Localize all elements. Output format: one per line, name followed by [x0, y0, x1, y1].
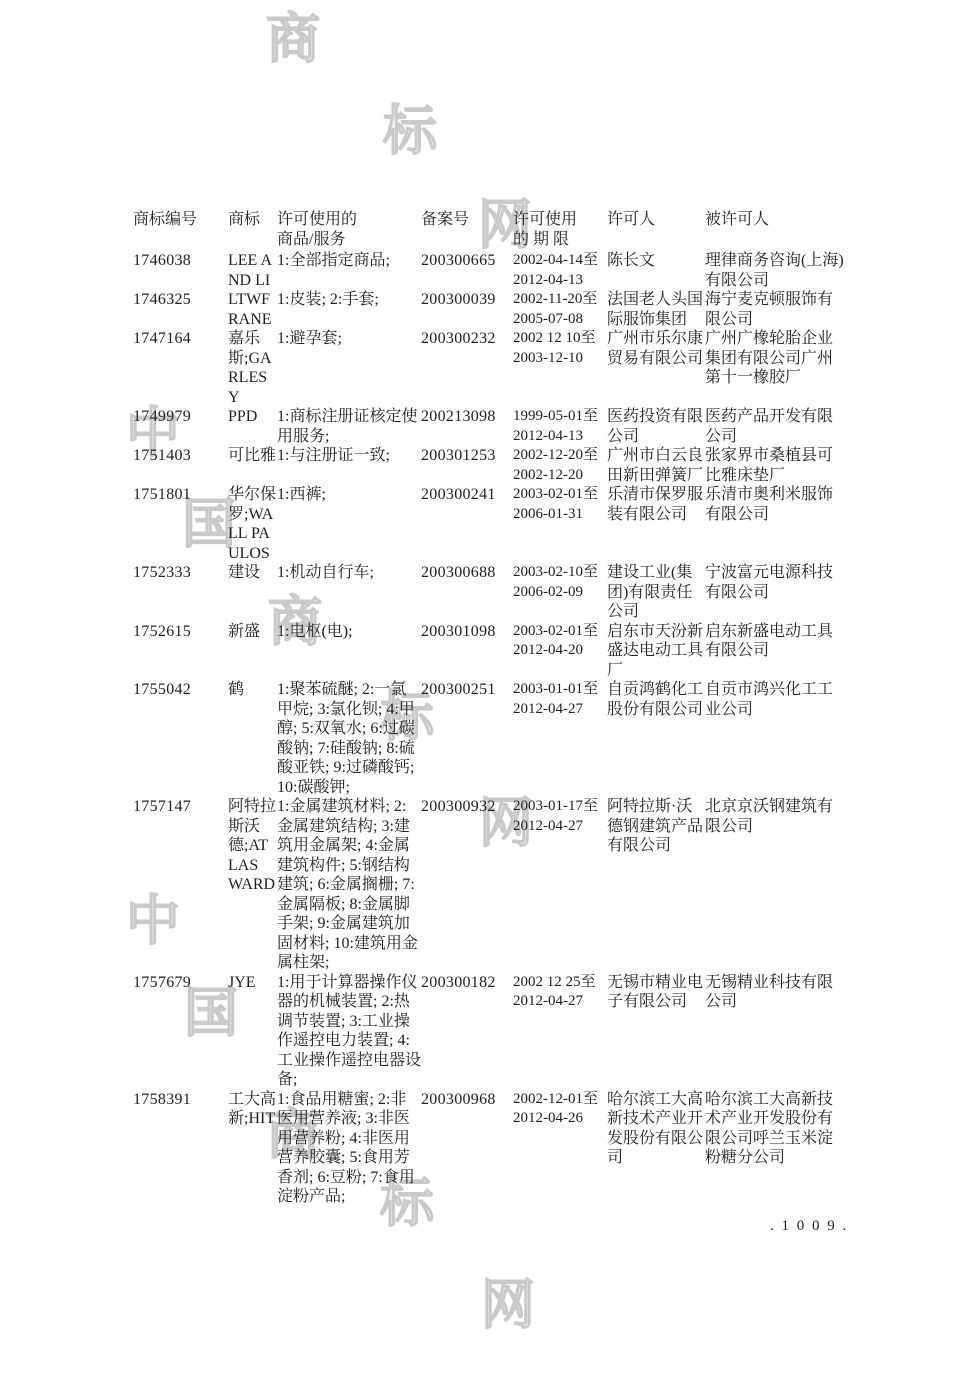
licensed-goods-cell: 1:机动自行车; [277, 563, 421, 622]
table-header-row: 商标编号商标许可使用的 商品/服务备案号许可使用 的 期 限许可人被许可人 [133, 210, 845, 251]
license-period-cell: 2002 12 25至 2012-04-27 [513, 973, 607, 1090]
licensee-cell: 广州广橡轮胎企业集团有限公司广州第十一橡胶厂 [705, 329, 845, 407]
page-number: . 1 0 0 9 . [770, 1218, 848, 1235]
trademark-cell: 建设 [228, 563, 277, 622]
record-number-cell: 200300665 [421, 251, 513, 290]
license-period-cell: 2003-02-01至 2006-01-31 [513, 485, 607, 563]
licensor-cell: 建设工业(集团)有限责任公司 [607, 563, 705, 622]
license-period-cell: 2002-12-20至 2002-12-20 [513, 446, 607, 485]
licensee-cell: 启东新盛电动工具有限公司 [705, 622, 845, 681]
record-number-cell: 200300932 [421, 797, 513, 973]
table-row: 1746325LTWFRANE1:皮装; 2:手套;2003000392002-… [133, 290, 845, 329]
trademark-cell: 可比雅 [228, 446, 277, 485]
licensed-goods-cell: 1:聚苯硫醚; 2:一氯甲烷; 3:氯化钡; 4:甲醇; 5:双氧水; 6:过碳… [277, 680, 421, 797]
licensee-cell: 乐清市奥利米服饰有限公司 [705, 485, 845, 563]
license-period-cell: 2003-02-10至 2006-02-09 [513, 563, 607, 622]
licensee-cell: 宁波富元电源科技有限公司 [705, 563, 845, 622]
record-number-cell: 200300232 [421, 329, 513, 407]
licensed-goods-cell: 1:皮装; 2:手套; [277, 290, 421, 329]
license-period-cell: 2002-12-01至 2012-04-26 [513, 1090, 607, 1207]
trademark-number-cell: 1751801 [133, 485, 228, 563]
table-row: 1757147阿特拉斯沃德;ATLAS WARD1:金属建筑材料; 2:金属建筑… [133, 797, 845, 973]
trademark-number-cell: 1755042 [133, 680, 228, 797]
record-number-cell: 200300688 [421, 563, 513, 622]
license-period-cell: 2002 12 10至 2003-12-10 [513, 329, 607, 407]
licensed-goods-cell: 1:金属建筑材料; 2:金属建筑结构; 3:建筑用金属架; 4:金属建筑构件; … [277, 797, 421, 973]
trademark-cell: PPD [228, 407, 277, 446]
licensee-cell: 医药产品开发有限公司 [705, 407, 845, 446]
license-records-table: 商标编号商标许可使用的 商品/服务备案号许可使用 的 期 限许可人被许可人 17… [133, 210, 845, 1207]
trademark-number-cell: 1749979 [133, 407, 228, 446]
licensed-goods-cell: 1:与注册证一致; [277, 446, 421, 485]
record-number-cell: 200300039 [421, 290, 513, 329]
table-row: 1746038LEE AND LI1:全部指定商品;2003006652002-… [133, 251, 845, 290]
trademark-cell: LEE AND LI [228, 251, 277, 290]
watermark-glyph: 网 [481, 1278, 535, 1332]
license-period-cell: 2003-01-01至 2012-04-27 [513, 680, 607, 797]
licensor-cell: 广州市白云良田新田弹簧厂 [607, 446, 705, 485]
column-header-record-number: 备案号 [421, 210, 513, 251]
trademark-number-cell: 1747164 [133, 329, 228, 407]
licensee-cell: 哈尔滨工大高新技术产业开发股份有限公司呼兰玉米淀粉糖分公司 [705, 1090, 845, 1207]
licensor-cell: 广州市乐尔康贸易有限公司 [607, 329, 705, 407]
table-row: 1752333建设1:机动自行车;2003006882003-02-10至 20… [133, 563, 845, 622]
trademark-number-cell: 1757147 [133, 797, 228, 973]
record-number-cell: 200300182 [421, 973, 513, 1090]
table-row: 1747164嘉乐斯;GARLESY1:避孕套;2003002322002 12… [133, 329, 845, 407]
trademark-number-cell: 1752615 [133, 622, 228, 681]
table-body: 1746038LEE AND LI1:全部指定商品;2003006652002-… [133, 251, 845, 1207]
watermark-glyph: 标 [383, 104, 437, 158]
record-number-cell: 200300241 [421, 485, 513, 563]
trademark-cell: 工大高新;HIT [228, 1090, 277, 1207]
licensor-cell: 启东市天汾新盛达电动工具厂 [607, 622, 705, 681]
licensee-cell: 无锡精业科技有限公司 [705, 973, 845, 1090]
table-row: 1751801华尔保罗;WALL PAULOS1:西裤;200300241200… [133, 485, 845, 563]
licensor-cell: 哈尔滨工大高新技术产业开发股份有限公司 [607, 1090, 705, 1207]
trademark-number-cell: 1757679 [133, 973, 228, 1090]
trademark-number-cell: 1751403 [133, 446, 228, 485]
licensor-cell: 法国老人头国际服饰集团 [607, 290, 705, 329]
watermark-glyph: 商 [266, 12, 320, 66]
trademark-cell: LTWFRANE [228, 290, 277, 329]
licensed-goods-cell: 1:西裤; [277, 485, 421, 563]
table-row: 1755042鹤1:聚苯硫醚; 2:一氯甲烷; 3:氯化钡; 4:甲醇; 5:双… [133, 680, 845, 797]
licensee-cell: 理律商务咨询(上海)有限公司 [705, 251, 845, 290]
license-period-cell: 2003-02-01至 2012-04-20 [513, 622, 607, 681]
column-header-licensee: 被许可人 [705, 210, 845, 251]
license-period-cell: 2002-11-20至 2005-07-08 [513, 290, 607, 329]
license-period-cell: 2002-04-14至 2012-04-13 [513, 251, 607, 290]
trademark-cell: 阿特拉斯沃德;ATLAS WARD [228, 797, 277, 973]
licensed-goods-cell: 1:商标注册证核定使用服务; [277, 407, 421, 446]
licensed-goods-cell: 1:食品用糖蜜; 2:非医用营养液; 3:非医用营养粉; 4:非医用营养胶囊; … [277, 1090, 421, 1207]
licensee-cell: 海宁麦克顿服饰有限公司 [705, 290, 845, 329]
table-row: 1758391工大高新;HIT1:食品用糖蜜; 2:非医用营养液; 3:非医用营… [133, 1090, 845, 1207]
trademark-cell: 华尔保罗;WALL PAULOS [228, 485, 277, 563]
table-row: 1752615新盛1:电枢(电);2003010982003-02-01至 20… [133, 622, 845, 681]
trademark-cell: 新盛 [228, 622, 277, 681]
licensor-cell: 阿特拉斯·沃德钢建筑产品有限公司 [607, 797, 705, 973]
record-number-cell: 200300968 [421, 1090, 513, 1207]
license-period-cell: 2003-01-17至 2012-04-27 [513, 797, 607, 973]
column-header-licensed-goods: 许可使用的 商品/服务 [277, 210, 421, 251]
licensed-goods-cell: 1:用于计算器操作仪器的机械装置; 2:热调节装置; 3:工业操作遥控电力装置;… [277, 973, 421, 1090]
licensed-goods-cell: 1:避孕套; [277, 329, 421, 407]
record-number-cell: 200301098 [421, 622, 513, 681]
trademark-cell: 鹤 [228, 680, 277, 797]
column-header-trademark-number: 商标编号 [133, 210, 228, 251]
column-header-license-period: 许可使用 的 期 限 [513, 210, 607, 251]
licensor-cell: 陈长文 [607, 251, 705, 290]
licensor-cell: 自贡鸿鹤化工股份有限公司 [607, 680, 705, 797]
licensed-goods-cell: 1:全部指定商品; [277, 251, 421, 290]
licensor-cell: 乐清市保罗服装有限公司 [607, 485, 705, 563]
table-row: 1749979PPD1:商标注册证核定使用服务;2002130981999-05… [133, 407, 845, 446]
licensor-cell: 无锡市精业电子有限公司 [607, 973, 705, 1090]
record-number-cell: 200213098 [421, 407, 513, 446]
trademark-cell: JYE [228, 973, 277, 1090]
licensed-goods-cell: 1:电枢(电); [277, 622, 421, 681]
record-number-cell: 200301253 [421, 446, 513, 485]
column-header-licensor: 许可人 [607, 210, 705, 251]
table-row: 1757679JYE1:用于计算器操作仪器的机械装置; 2:热调节装置; 3:工… [133, 973, 845, 1090]
table-row: 1751403可比雅1:与注册证一致;2003012532002-12-20至 … [133, 446, 845, 485]
licensee-cell: 北京京沃钢建筑有限公司 [705, 797, 845, 973]
trademark-number-cell: 1746038 [133, 251, 228, 290]
trademark-number-cell: 1746325 [133, 290, 228, 329]
trademark-number-cell: 1758391 [133, 1090, 228, 1207]
licensee-cell: 张家界市桑植县可比雅床垫厂 [705, 446, 845, 485]
license-period-cell: 1999-05-01至 2012-04-13 [513, 407, 607, 446]
trademark-cell: 嘉乐斯;GARLESY [228, 329, 277, 407]
trademark-number-cell: 1752333 [133, 563, 228, 622]
column-header-trademark: 商标 [228, 210, 277, 251]
licensee-cell: 自贡市鸿兴化工工业公司 [705, 680, 845, 797]
record-number-cell: 200300251 [421, 680, 513, 797]
licensor-cell: 医药投资有限公司 [607, 407, 705, 446]
